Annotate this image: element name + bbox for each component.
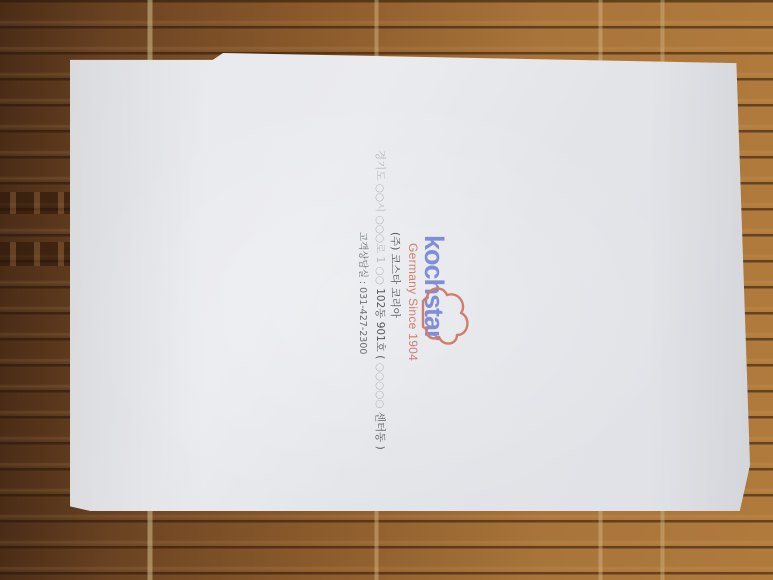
brand-tagline: Germany Since 1904 bbox=[406, 243, 420, 361]
customer-service-phone: 고객상담실 : 031-427-2300 bbox=[357, 232, 371, 354]
address-main: 102동 901호 ( bbox=[374, 288, 386, 359]
chef-hat-icon bbox=[421, 283, 473, 347]
company-address: 경기도 ○○시 ○○○로 1 ○○ 102동 901호 ( ○○○○○ 센터동 … bbox=[373, 150, 388, 450]
address-suffix: 센터동 ) bbox=[374, 412, 386, 450]
address-faded-middle: ○○○○○ bbox=[374, 363, 386, 409]
company-name: (주) 코스타 코리아 bbox=[388, 232, 403, 318]
address-faded-prefix: 경기도 ○○시 ○○○로 1 ○○ bbox=[374, 150, 386, 285]
